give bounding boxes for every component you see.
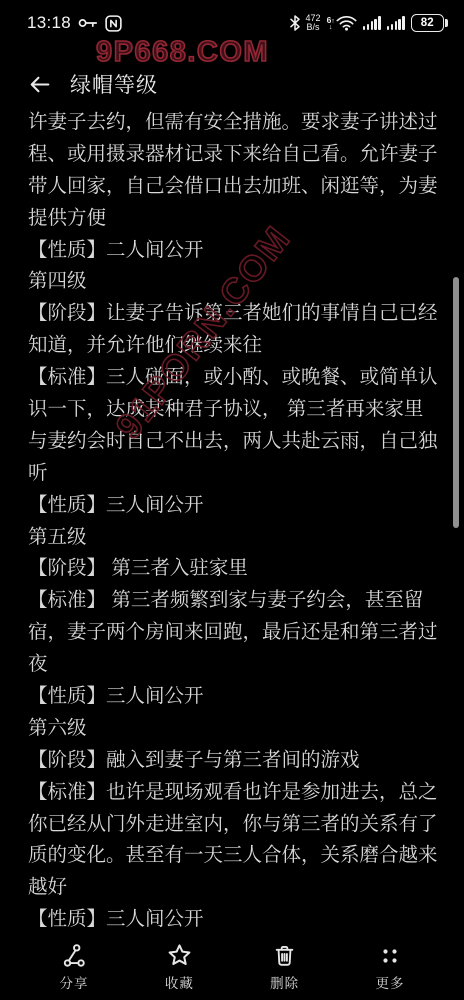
signal-bars-sim1 (363, 16, 381, 30)
status-bar: 13:18 472 B/s 6↑ ↓ (0, 8, 464, 38)
page-title: 绿帽等级 (70, 69, 158, 99)
share-button[interactable]: 分享 (44, 936, 104, 1000)
battery-nub (445, 19, 448, 27)
bottom-toolbar: 分享 收藏 删除 更多 (0, 936, 464, 1000)
more-icon (376, 942, 403, 969)
body-line: 【性质】三人间公开 (28, 490, 438, 522)
body-line: 【标准】 第三者频繁到家与妻子约会，甚至留 (28, 585, 438, 617)
delete-button[interactable]: 删除 (255, 936, 315, 1000)
favorite-button[interactable]: 收藏 (149, 936, 209, 1000)
back-button[interactable] (24, 69, 54, 99)
body-line: 夜 (28, 649, 438, 681)
body-line: 带人回家，自己会借口出去加班、闲逛等，为妻 (28, 171, 438, 203)
wifi-icon: 6↑ ↓ (327, 15, 357, 31)
network-speed: 472 B/s (306, 14, 321, 33)
star-icon (166, 942, 193, 969)
body-line: 质的变化。甚至有一天三人合体，关系磨合越来 (28, 840, 438, 872)
app-header: 绿帽等级 (0, 62, 464, 106)
body-line: 【性质】三人间公开 (28, 904, 438, 936)
share-icon (61, 942, 88, 969)
body-line: 程、或用摄录器材记录下来给自己看。允许妻子 (28, 139, 438, 171)
document-body: 许妻子去约，但需有安全措施。要求妻子讲述过 程、或用摄录器材记录下来给自己看。允… (28, 107, 438, 936)
back-arrow-icon (26, 71, 53, 98)
more-label: 更多 (375, 972, 404, 992)
body-line: 与妻约会时自己不出去，两人共赴云雨，自己独 (28, 426, 438, 458)
battery-indicator: 82 (411, 14, 448, 32)
body-line: 知道，并允许他们继续来往 (28, 330, 438, 362)
body-line: 【阶段】 第三者入驻家里 (28, 553, 438, 585)
key-icon (78, 16, 98, 30)
favorite-label: 收藏 (165, 972, 194, 992)
share-label: 分享 (60, 972, 89, 992)
body-line: 第六级 (28, 713, 438, 745)
body-line: 【阶段】融入到妻子与第三者间的游戏 (28, 745, 438, 777)
battery-percent: 82 (411, 14, 444, 32)
body-line: 【标准】也许是现场观看也许是参加进去，总之 (28, 777, 438, 809)
delete-label: 删除 (270, 972, 299, 992)
body-line: 听 (28, 458, 438, 490)
body-line: 识一下，达成某种君子协议， 第三者再来家里 (28, 394, 438, 426)
trash-icon (271, 942, 298, 969)
body-line: 你已经从门外走进室内，你与第三者的关系有了 (28, 809, 438, 841)
bluetooth-icon (290, 15, 300, 31)
signal-bars-sim2 (387, 16, 405, 30)
body-line: 宿，妻子两个房间来回跑，最后还是和第三者过 (28, 617, 438, 649)
body-line: 许妻子去约，但需有安全措施。要求妻子讲述过 (28, 107, 438, 139)
body-line: 【性质】三人间公开 (28, 681, 438, 713)
clock-time: 13:18 (27, 13, 71, 33)
nfc-icon (105, 15, 122, 32)
body-line: 【标准】三人碰面，或小酌、或晚餐、或简单认 (28, 362, 438, 394)
more-button[interactable]: 更多 (360, 936, 420, 1000)
body-line: 越好 (28, 872, 438, 904)
body-line: 提供方便 (28, 203, 438, 235)
scrollbar[interactable] (453, 277, 459, 528)
body-line: 第五级 (28, 522, 438, 554)
